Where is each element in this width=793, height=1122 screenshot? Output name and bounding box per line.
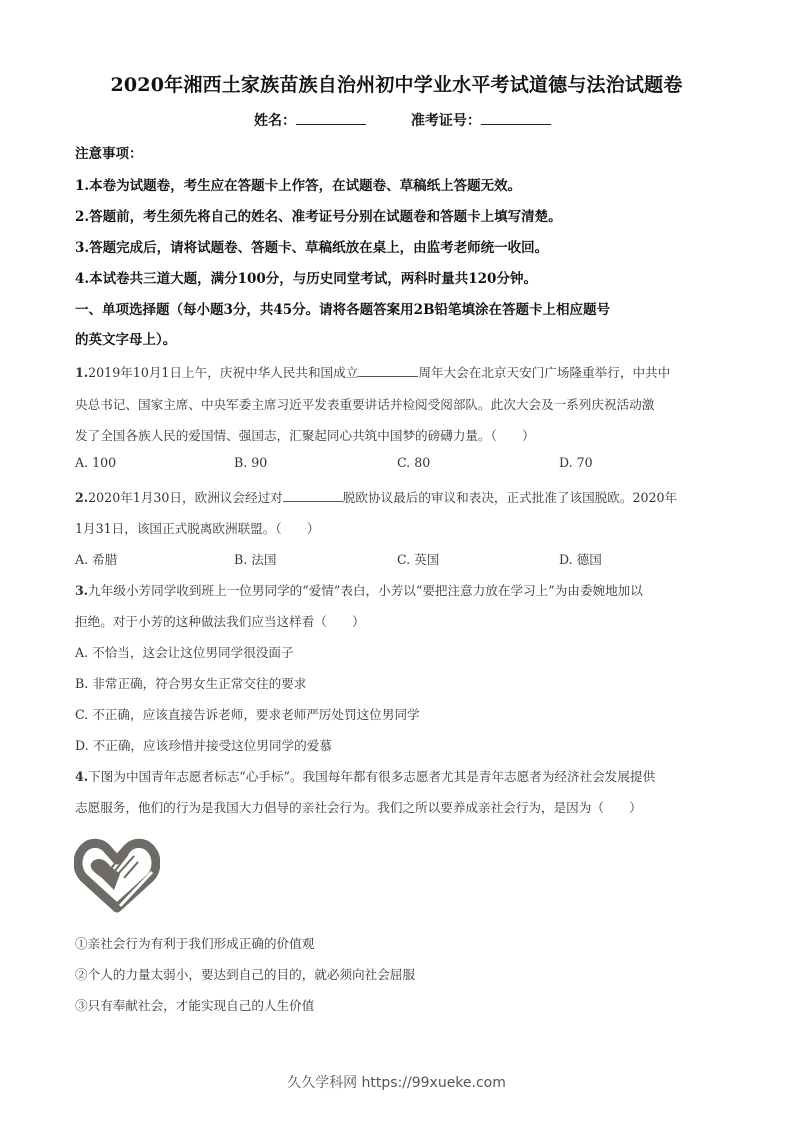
- statement-1: ①亲社会行为有利于我们形成正确的价值观: [75, 933, 314, 952]
- question-4-line: 4.下图为中国青年志愿者标志“心手标”。我国每年都有很多志愿者尤其是青年志愿者为…: [75, 766, 655, 785]
- footer-watermark: 久久学科网 https://99xueke.com: [0, 1072, 793, 1092]
- question-2-line: 2.2020年1月30日，欧洲议会经过对脱欧协议最后的审议和表决，正式批准了该国…: [75, 487, 677, 506]
- name-label: 姓名：: [254, 110, 296, 130]
- option-d: D. 70: [559, 455, 593, 470]
- option-a: A. 100: [75, 455, 116, 470]
- heart-hand-logo-icon: [74, 838, 160, 914]
- option-c: C. 80: [397, 455, 430, 470]
- option-b: B. 90: [234, 455, 267, 470]
- notice-item: 1.本卷为试题卷，考生应在答题卡上作答，在试题卷、草稿纸上答题无效。: [75, 174, 521, 194]
- option-c: C. 不正确，应该直接告诉老师，要求老师严厉处罚这位男同学: [75, 704, 420, 723]
- option-d: D. 不正确，应该珍惜并接受这位男同学的爱慕: [75, 735, 332, 754]
- notice-item: 3.答题完成后，请将试题卷、答题卡、草稿纸放在桌上，由监考老师统一收回。: [75, 236, 548, 256]
- option-c: C. 英国: [397, 549, 439, 568]
- question-3-line: 拒绝。对于小芳的这种做法我们应当这样看（ ）: [75, 611, 365, 630]
- option-a: A. 不恰当，这会让这位男同学很没面子: [75, 642, 294, 661]
- question-1-line: 1.2019年10月1日上午，庆祝中华人民共和国成立周年大会在北京天安门广场隆重…: [75, 362, 670, 381]
- section-heading-cont: 的英文字母上）。: [75, 328, 176, 348]
- answer-blank: [358, 366, 418, 377]
- answer-blank: [283, 491, 343, 502]
- name-blank: [296, 112, 366, 125]
- question-1-line: 发了全国各族人民的爱国情、强国志，汇聚起同心共筑中国梦的磅礴力量。（ ）: [75, 425, 535, 444]
- notice-item: 4.本试卷共三道大题，满分100分，与历史同堂考试，两科时量共120分钟。: [75, 267, 537, 287]
- option-a: A. 希腊: [75, 549, 117, 568]
- page-title: 2020年湘西土家族苗族自治州初中学业水平考试道德与法治试题卷: [0, 70, 793, 97]
- option-b: B. 非常正确，符合男女生正常交往的要求: [75, 673, 306, 692]
- statement-2: ②个人的力量太弱小，要达到自己的目的，就必须向社会屈服: [75, 964, 415, 983]
- question-1-line: 央总书记、国家主席、中央军委主席习近平发表重要讲话并检阅受阅部队。此次大会及一系…: [75, 394, 654, 413]
- exam-id-blank: [481, 112, 551, 125]
- option-d: D. 德国: [559, 549, 602, 568]
- exam-id-label: 准考证号：: [411, 110, 481, 130]
- question-4-line: 志愿服务，他们的行为是我国大力倡导的亲社会行为。我们之所以要养成亲社会行为，是因…: [75, 797, 642, 816]
- question-3-line: 3.九年级小芳同学收到班上一位男同学的“爱情”表白，小芳以“要把注意力放在学习上…: [75, 580, 643, 599]
- statement-3: ③只有奉献社会，才能实现自己的人生价值: [75, 995, 314, 1014]
- question-2-line: 1月31日，该国正式脱离欧洲联盟。（ ）: [75, 518, 319, 537]
- section-heading: 一、单项选择题（每小题3分，共45分。请将各题答案用2B铅笔填涂在答题卡上相应题…: [75, 298, 610, 318]
- notice-heading: 注意事项：: [75, 142, 143, 162]
- student-info-line: 姓名： 准考证号：: [254, 110, 591, 130]
- option-b: B. 法国: [234, 549, 276, 568]
- notice-item: 2.答题前，考生须先将自己的姓名、准考证号分别在试题卷和答题卡上填写清楚。: [75, 205, 562, 225]
- exam-page: 2020年湘西土家族苗族自治州初中学业水平考试道德与法治试题卷 姓名： 准考证号…: [0, 0, 793, 1122]
